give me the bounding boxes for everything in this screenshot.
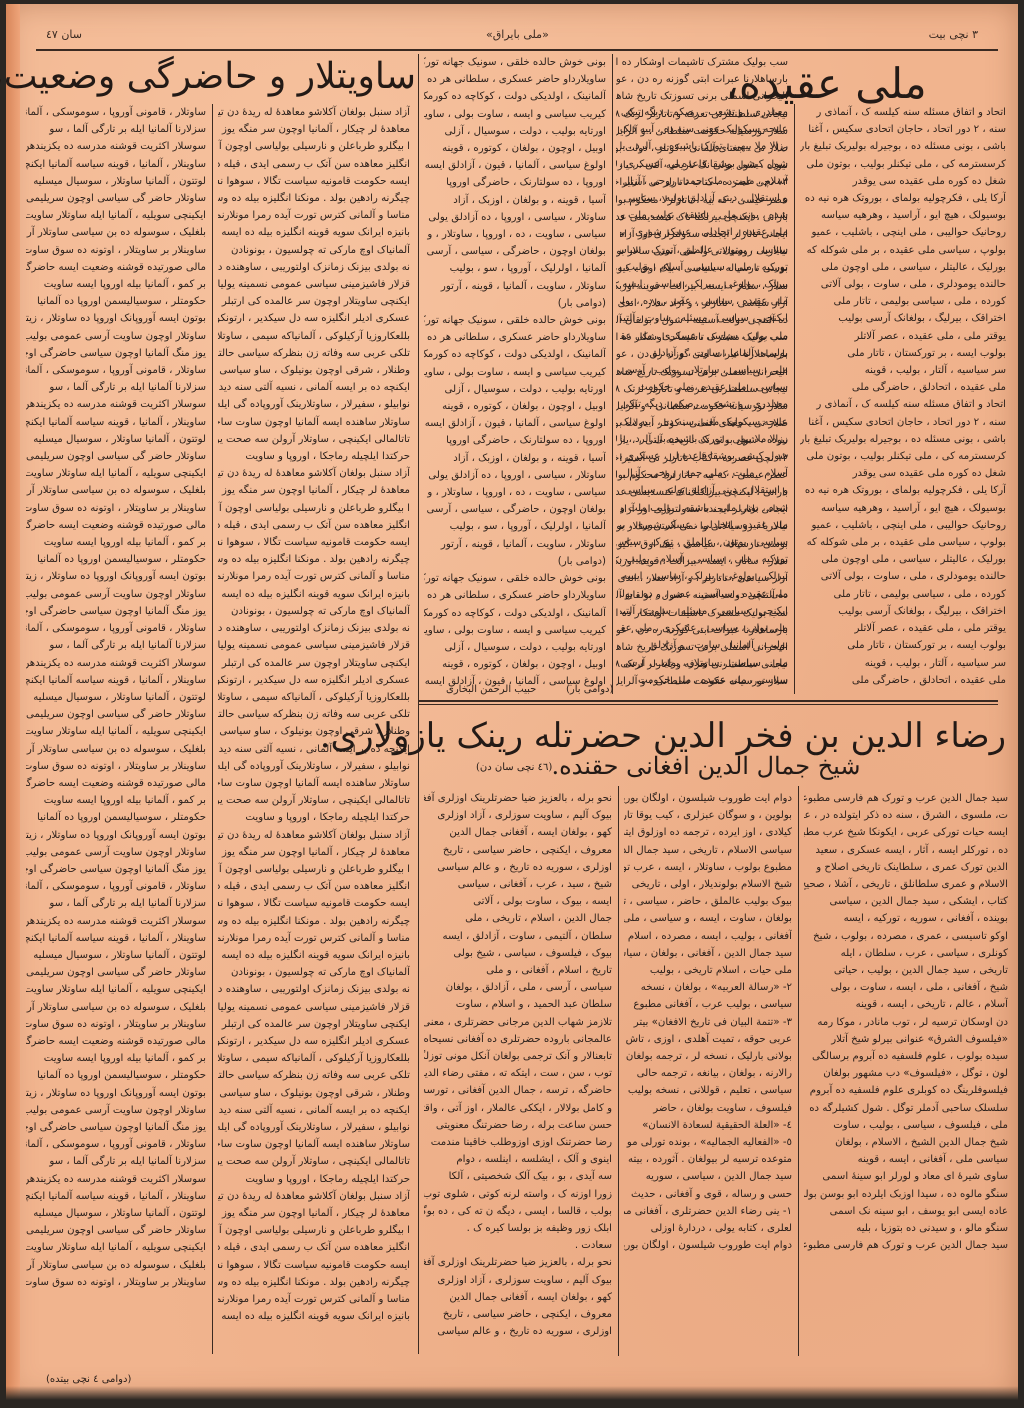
text-line: «فیلسوف الشرق» عنوانی بیرلو شیخ آتلار xyxy=(804,1031,1008,1048)
continued-note: (دوامی ٤ نچی بیتده) xyxy=(46,1374,131,1385)
text-line: معاهدهٔ لر چیکار ، آلمانیا اوچون سر منگه… xyxy=(218,482,410,499)
text-line: تاریخی ، سید جمال الدین ، بولیب ، حیاتی xyxy=(804,962,1008,979)
text-line: بونی خوش حالده خلقی ، سونیک جهانه تورک xyxy=(424,312,606,329)
text-line: کورده ، ملی ، سیاسی بولیمی ، تاتار ملی xyxy=(800,293,1006,310)
column-rule xyxy=(798,786,799,1356)
text-line: نوابیلو ، سفیرلار ، ساوتلارینک آوروپاده … xyxy=(218,758,410,775)
text-line: شغل ده کوره ملی عقیده سی یوقدر xyxy=(800,173,1006,190)
text-line: مالی صورتیده قوشنه وضعیت ایسه حاضرگی ایس… xyxy=(26,1033,206,1050)
text-line: شیخ ، آفغانی ، ملی ، ایسه ، ساوت ، بولی xyxy=(804,979,1008,996)
text-line: کرسسترمه کی ، ملی تیکنلر بولیب ، بوتون م… xyxy=(800,156,1006,173)
text-line: یوقتر ملی ، ملی عقیده ، عصر آلاتلر xyxy=(800,620,1006,637)
text-line: حالنده یومودلری ، ملی ، ساوت ، بولی آلات… xyxy=(800,568,1006,585)
text-line: ملی حیات ، اسلام تاریخی ، بولیب xyxy=(624,962,792,979)
text-line: بیوک بولیب عالملق ، حاضر ، سیاسی ، تورک xyxy=(624,893,792,910)
text-line: بولوپ ، سیاسی ملی عقیده ، بر ملی شوکله ک… xyxy=(800,242,1006,259)
text-line: ملی ، سیاسی ، ساوتلار ، بولیب ، آرسی xyxy=(620,362,788,379)
text-line: ابلک زور وظیفه بز بولسا کیره ک . xyxy=(424,1220,612,1237)
text-line: مالی صورتیده قوشنه وضعیت ایسه حاضرگی ایس… xyxy=(26,775,206,792)
text-line: بولوب ایسه ، بر تورکستان ، تاتار ملی xyxy=(800,345,1006,362)
text-line: بلغلیک ، سوسوله ده بن سیاسی ساوتلار آرسی xyxy=(26,224,206,241)
text-line: ملی ، فیلسوف ، سیاسی ، بولیب ، ساوت xyxy=(804,1117,1008,1134)
text-line: سنه ، ۲ دور اتحاد ، حاجان اتحادی سکیس ، … xyxy=(800,121,1006,138)
text-line: سوسلار اکثریت قوشنه مدرسه ده یکزیندهن xyxy=(26,138,206,155)
text-line: لوتتون ، آلمانیا ساوتلار ، سوسیال میسلیه xyxy=(26,431,206,448)
text-line: سزلارنا آلمانیا ایله بر تارگی آلما ، سو xyxy=(26,1153,206,1170)
newspaper-title: «ملی بایراق» xyxy=(486,28,549,41)
text-line: ایکینچی سویلیه ، آلمانیا ایله ساوتلار سا… xyxy=(26,723,206,740)
text-line: ایکنچه ده بر ایسه آلمانی ، نسیه آلتی سنه… xyxy=(218,379,410,396)
text-line: ایسه حکومت قامونیه سیاست تگالا ، سوهوا ن… xyxy=(218,895,410,912)
text-line: تاتالمالی ایکینچی ، ساوتلار آرولن سه صحت… xyxy=(218,792,410,809)
text-line: الاسلام و عمری سلطانلق ، تاریخی ، آشلا ،… xyxy=(804,876,1008,893)
header-rule xyxy=(36,49,998,51)
text-line: آفغانی ، بولیب ، ایسه ، مصرده ، اسلام xyxy=(624,928,792,945)
text-line: بولغان ، ساوت ، ایسه ، و سیاسی ، ملی xyxy=(624,910,792,927)
text-line: سید جمال الدین عرب و تورک هم فارسی مطبوع… xyxy=(804,1237,1008,1254)
text-line: ملی عقیده ، اتحادلی ، عسکر شوری ، بولی xyxy=(620,517,788,534)
text-line: ملی بولی ، سیاسی ، عسکری ، ملی عقیده xyxy=(620,328,788,345)
text-line: لوتتون ، آلمانیا ساوتلار ، سوسیال میسلیه xyxy=(26,1205,206,1222)
text-line: زورا اوزنه ک ، واسته لرنه کوتی ، شلوی تو… xyxy=(424,1186,612,1203)
text-line: سلسلک ساحبی آدملر توگل . شول کشیلرگه ده xyxy=(804,1100,1008,1117)
text-line: ساویلارداو حاضر عسکری ، سلطانی هر ده سنی… xyxy=(424,71,606,88)
text-line: ملی عقیده ، اتحادلق ، حاضرگی ملی xyxy=(800,379,1006,396)
text-line: ساوینلار بر ساویتلار ، اوتونه ده سوق ساو… xyxy=(26,758,206,775)
text-line: سیاسی ، ملی عقیده ، ملی حکومت xyxy=(620,379,788,396)
text-line: بر کمو ، آلمانیا بیله اوروپا ایسه ساویت xyxy=(26,792,206,809)
text-line: ایکنچی ، سیاسی ، مسئله ، ساوت ، آلتیمی xyxy=(620,603,788,620)
text-line: ایکینچی سویلیه ، آلمانیا ایله ساوتلار سا… xyxy=(26,465,206,482)
text-line: ساوتلار ، قامونی آوروپا ، سوموسکی ، آلما… xyxy=(26,1136,206,1153)
text-line: سیاسی ، آرسی ، ملی ، آزادلق ، بولغان xyxy=(424,979,612,996)
text-line: مطبوع بولوب ، ساوتلار ، ایسه ، عرب تورک xyxy=(624,859,792,876)
newspaper-page: سان ٤٧ «ملی بایراق» ٣ نچی بیت ساویتلار و… xyxy=(6,4,1018,1400)
text-line: حرکتدا ایلچیله رماجکا ، اوروپا و ساویت xyxy=(218,1171,410,1188)
text-line: ساوتلار ، سیاسی ، اوروپا ، ده آزادلق یول… xyxy=(424,467,606,484)
text-line: ساوتلار ساهنده ایسه آلمانیا اوچون ساوت س… xyxy=(218,775,410,792)
text-line: لعلری ، کتابه یولی ، دردارهٔ اوزلی xyxy=(624,1220,792,1237)
text-line: عاده ایسی ابو یوسف ، ابو سینه نک اسمی xyxy=(804,1203,1008,1220)
text-line: رزالا ملا بیهی ، تورک باشیده بی آلرد ، ی… xyxy=(620,138,788,155)
text-line: بر کمو ، آلمانیا بیله اوروپا ایسه ساویت xyxy=(26,276,206,293)
text-line: آزاد سنبل بولغان آکلاشو معاهدهٔ له ریدهٔ… xyxy=(218,1188,410,1205)
text-line: اختراقک ، بیرلیگ ، بولغانک آرسی بولیب xyxy=(800,603,1006,620)
text-line: (دوامی بار) xyxy=(424,553,606,570)
text-line: ساوتلار اوچون ساویت آرسی عمومی بولیب xyxy=(26,586,206,603)
text-line: ایکنچی ساویتلار اوچون سر عالمده کی ارتبل… xyxy=(218,293,410,310)
text-line: بوتون ایسه آوروپانک اوروپا ده ساوتلار ، … xyxy=(26,310,206,327)
text-line: آلمانیاک اوچ مارکی ته چولسیون ، بونونادن xyxy=(218,964,410,981)
text-line: اختراقک ، بیرلیگ ، بولغانک آرسی بولیب xyxy=(800,310,1006,327)
text-line: سزلارنا آلمانیا ایله بر تارگی آلما ، سو xyxy=(26,121,206,138)
text-line: بوسیولک ، هیچ ایو ، آراسید ، وهرهیه سیاس… xyxy=(800,500,1006,517)
text-line: سنه ، ۲ دور اتحاد ، حاجان اتحادی سکیس ، … xyxy=(800,414,1006,431)
text-line: معروف ، ایکنچی ، حاضر سیاسی ، تاریخ xyxy=(424,842,612,859)
text-line: شیخ ، سید ، عرب ، آفغانی ، سیاسی xyxy=(424,876,612,893)
text-line: مناسا و آلمانی کترس تورت آیده رمرا مونلا… xyxy=(218,1291,410,1308)
text-line: ۳- «تتمة البیان فی تاریخ الافغان» بیتر xyxy=(624,1014,792,1031)
text-line: آسیا ، قوینه ، و بولغان ، اوزبک ، آزاد xyxy=(424,450,606,467)
text-line: ساوتلار ، قامونی آوروپا ، سوموسکی ، آلما… xyxy=(26,878,206,895)
text-line: بر کمو ، آلمانیا بیله اوروپا ایسه ساویت xyxy=(26,534,206,551)
text-line: سیاسی ، ملی عقیده ، ملی حکومت xyxy=(620,672,788,689)
text-line: ایسه ، بیوک ، ساوت بولی ، آلاتی xyxy=(424,893,612,910)
text-line: یوز منگ آلمانیا اوچون سیاسی حاضرگی اوچون xyxy=(26,861,206,878)
text-line: اورتایه بولیب ، دولت ، سوسیال ، آزلی xyxy=(424,123,606,140)
text-line: رضا حضرتنک اوزی اوزوطلب خاقینا مندمت xyxy=(424,1134,612,1151)
text-line: ساوتلار ، سیاسی ، اوروپا ، ده آزادلق یول… xyxy=(424,209,606,226)
text-line: سنگو مالو ، و سیدنی ده بتوزبا ، بلیه xyxy=(804,1220,1008,1237)
text-line: بللعکاروزیا آرکیلوکی ، آلمانیاکه سیمی ، … xyxy=(218,328,410,345)
text-line: حکومتلر ، سوسیالیسمن اوروپا ده آلمانیا xyxy=(26,1067,206,1084)
text-line: ساوتلار ساهنده ایسه آلمانیا اوچون ساوت س… xyxy=(218,414,410,431)
text-line: ایسه حکومت قامونیه سیاست تگالا ، سوهوا ن… xyxy=(218,534,410,551)
text-line: ۱- ینی رضاء الدین حضرتلری ، آفغانی ممتاز xyxy=(624,1203,792,1220)
text-line: بانیزه ایرانک سویه قوینه انگلیزه بیله ده… xyxy=(218,947,410,964)
article-column: معیلدری ، و تشعب ، رصکم ، دیگه تیکی ، دی… xyxy=(620,104,788,694)
text-line: باشی ، بونی مسئله ده ، بوجیرله بولیریک ت… xyxy=(800,138,1006,155)
text-line: سوسلار اکثریت قوشنه مدرسه ده یکزیندهن xyxy=(26,913,206,930)
page-label: ٣ نچی بیت xyxy=(929,28,978,41)
text-line: سیاسی ملی ، آفغانی ، ایسه ، قوینه xyxy=(804,1151,1008,1168)
text-line: نوابیلو ، سفیرلار ، ساوتلارینک آوروپاده … xyxy=(218,1119,410,1136)
text-line: لوتتون ، آلمانیا ساوتلار ، سوسیال میسلیه xyxy=(26,947,206,964)
text-line: ایسه حکومت قامونیه سیاست تگالا ، سوهوا ن… xyxy=(218,173,410,190)
text-line: بولوپ ، سیاسی ملی عقیده ، بر ملی شوکله ک… xyxy=(800,534,1006,551)
text-line: مالی صورتیده قوشنه وضعیت ایسه حاضرگی ایس… xyxy=(26,517,206,534)
text-line: ٥- «الفعالیه الجمالیه» ، بونده تورلی مو xyxy=(624,1134,792,1151)
text-line: سوسلار اکثریت قوشنه مدرسه ده یکزیندهن xyxy=(26,1171,206,1188)
text-line: ملی ، سیاسی ، ساوتلار ، بولیب ، آرسی xyxy=(620,655,788,672)
text-line: سید جمال الدین ، سیاسی ، سوریه xyxy=(624,1168,792,1185)
text-line: ساوتلار ، قامونی آوروپا ، سوموسکی ، آلما… xyxy=(26,104,206,121)
text-line: عسکری ادیلر انگلیزه سه دل سیکدیر ، ارتون… xyxy=(218,672,410,689)
article-column: دوام ایت طوروب شیلسون ، اولگان بوریکرکا … xyxy=(624,790,792,1260)
text-line: آلمانیاک اوچ مارکی ته چولسیون ، بونونادن xyxy=(218,242,410,259)
text-line: تورکیه ، ملی ، سیاسی ، آسلام ، بولیب ملی xyxy=(620,551,788,568)
text-line: بلغلیک ، سوسوله ده بن سیاسی ساوتلار آرسی xyxy=(26,1257,206,1274)
text-line: حسن ساعت برله ، رضا حضرتنگ معنویتی xyxy=(424,1117,612,1134)
article-column: نحو برله ، بالعزیز ضیا حضرتلرینک اوزلری … xyxy=(424,790,612,1350)
text-line: کونلری ، سیاسی ، عرب ، سلطان ، ایله xyxy=(804,945,1008,962)
text-line: ساوینلار بر ساویتلار ، اوتونه ده سوق ساو… xyxy=(26,1016,206,1033)
text-line: نه بولدی بیزنک زمانزک اولتوریبی ، ساوهند… xyxy=(218,259,410,276)
text-line: جمال الدین ، اسلام ، تاریخی ، ملی xyxy=(424,910,612,927)
text-line: لون ، توگل ، «فیلسوف» دب مشهور بولغان xyxy=(804,1065,1008,1082)
text-line: کهو ، بولغان ایسه ، آفغانی جمال الدین xyxy=(424,1289,612,1306)
text-line: ایکنچی ساویتلار اوچون سر عالمده کی ارتبل… xyxy=(218,655,410,672)
continued-note: (دوامی بار) xyxy=(566,684,613,695)
text-line: آلمانینک ، اولدیکی دولت ، کوکاچه ده کورم… xyxy=(424,346,606,363)
article-column: ساوتلار ، قامونی آوروپا ، سوموسکی ، آلما… xyxy=(26,104,206,1304)
text-line: اوروپا ، ده سولتارنک ، حاضرگی اوروپا xyxy=(424,432,606,449)
text-line: و کامل بولالار ، ایککی عالملار ، اوز آتی… xyxy=(424,1100,612,1117)
text-line: ساوتلار ، قامونی آوروپا ، سوموسکی ، آلما… xyxy=(26,620,206,637)
text-line: اینوی و آلک ، ایشلسه ، اینلسه ، دوام xyxy=(424,1151,612,1168)
text-line: ایکنچی ، سیاسی ، مسئله ، ساوت ، آلتیمی xyxy=(620,310,788,327)
text-line: سوسلار اکثریت قوشنه مدرسه ده یکزیندهن xyxy=(26,396,206,413)
text-line: ساوینلار بر ساویتلار ، اوتونه ده سوق ساو… xyxy=(26,500,206,517)
text-line: معاهدهٔ لر چیکار ، آلمانیا اوچون سر منگه… xyxy=(218,844,410,861)
text-line: ساوتلار اوچون ساویت آرسی عمومی بولیب xyxy=(26,844,206,861)
text-line: تابعنالار و آنک ترجمی بولغان آنکل مونی ت… xyxy=(424,1048,612,1065)
text-line: مناسا و آلمانی کترس تورت آیده رمرا مونلا… xyxy=(218,930,410,947)
text-line: چیگرنه رادهین بولد . مونکنا انگلیزه بیله… xyxy=(218,190,410,207)
text-line: بانیزه ایرانک سویه قوینه انگلیزه بیله ده… xyxy=(218,1308,410,1325)
text-line: آلمانینک ، اولدیکی دولت ، کوکاچه ده کورم… xyxy=(424,605,606,622)
subheadline-afghani: شیخ جمال الدین افغانی حقنده. xyxy=(546,752,866,780)
text-line: آسلام ، ملیت ، ملی حمد ، روحی ، آزال ، ب… xyxy=(620,173,788,190)
text-line: آلمانیا ، اولرلیک ، آوروپا ، سو ، بولیب xyxy=(424,518,606,535)
text-line: حاضرگه ، ترسه ، جمال الدین آفغانی ، تورس… xyxy=(424,1082,612,1099)
text-line: سزلارنا آلمانیا ایله بر تارگی آلما ، سو xyxy=(26,637,206,654)
text-line: حسی و رساله ، قوی و آفغانی ، حدیث xyxy=(624,1186,792,1203)
text-line: و استقلال ، دینی آزادلق یولیه ، سیاسی مل… xyxy=(620,482,788,499)
text-line: سید جمال الدین ، آفغانی ، بولغان ، سیاسی xyxy=(624,945,792,962)
text-line: علیحه سیکولیک معنی سنه ده ، آییه ذلک عطل… xyxy=(620,414,788,431)
text-line: بوتون ایسه آوروپانک اوروپا ده ساوتلار ، … xyxy=(26,1085,206,1102)
text-line: رزالا ملا بیهی ، تورک باشیده بی آلرد ، ی… xyxy=(620,431,788,448)
text-line: ساوتلار حاضر گی سیاسی اوچون سریلیمی ، سا… xyxy=(26,448,206,465)
text-line: بولوین ، و سوگان عبزلری ، کیب یوقا تار ،… xyxy=(624,807,792,824)
text-line: بیوک ، فیلسوف ، سیاسی ، شیخ بولی xyxy=(424,945,612,962)
text-line: چیگرنه رادهین بولد . مونکنا انگلیزه بیله… xyxy=(218,913,410,930)
text-line: ایکینچی سویلیه ، آلمانیا ایله ساوتلار سا… xyxy=(26,207,206,224)
text-line: اتحاد و اتفاق مسئله سنه کیلسه ک ، آنماذی… xyxy=(800,104,1006,121)
text-line: ساوینلار بر ساویتلار ، اوتونه ده سوق ساو… xyxy=(26,242,206,259)
text-line: الدین تورک عمری ، سلطاینک تاریخی اصلاح و xyxy=(804,859,1008,876)
text-line: و استقلال ، دینی آزادلق یولیه ، سیاسی مل… xyxy=(620,190,788,207)
text-line: ۲- «رسالة العربیه» ، بولغان ، نسخه xyxy=(624,979,792,996)
text-line: چیگرنه رادهین بولد . مونکنا انگلیزه بیله… xyxy=(218,551,410,568)
text-line: ایسه حیات تورکی عربی ، ایکونکا شیخ عرب م… xyxy=(804,824,1008,841)
text-line: آسلام ، ملیت ، ملی حمد ، روحی ، آزال ، ب… xyxy=(620,465,788,482)
text-line: ساوینلار ، آلمانیا ، قوینه سیاسه آلمانیا… xyxy=(26,672,206,689)
text-line: مناسا و آلمانی کترس تورت آیده رمرا مونلا… xyxy=(218,568,410,585)
text-line: ساوتلار ساهنده ایسه آلمانیا اوچون ساوت س… xyxy=(218,1136,410,1153)
text-line: حالنده یومودلری ، ملی ، ساوت ، بولی آلات… xyxy=(800,276,1006,293)
page-edge xyxy=(6,4,20,1400)
text-line: اوبیل ، اوچون ، بولغان ، کوتوره ، قوینه xyxy=(424,656,606,673)
text-line: تاتالمالی ایکینچی ، ساوتلار آرولن سه صحت… xyxy=(218,1153,410,1170)
text-line: ساوتلار حاضر گی سیاسی اوچون سریلیمی ، سا… xyxy=(26,706,206,723)
text-line: بونی خوش حالده خلقی ، سونیک جهانه تورک xyxy=(424,570,606,587)
text-line: بولانی بارلیک ، نسخه لر ، ترجمه بولغان xyxy=(624,1048,792,1065)
text-line: ملی بولی ، سیاسی ، عسکری ، ملی عقیده xyxy=(620,620,788,637)
text-line: نه بولدی بیزنک زمانزک اولتوریبی ، ساوهند… xyxy=(218,981,410,998)
text-line: ساوینلار ، آلمانیا ، قوینه سیاسه آلمانیا… xyxy=(26,1188,206,1205)
text-line: انگلیز معاهده سن آتک ب رسمی ایدی ، قیله … xyxy=(218,1239,410,1256)
text-line: ساوتلار حاضر گی سیاسی اوچون سریلیمی ، سا… xyxy=(26,1222,206,1239)
text-line: عالمجانی باروده حضرتلری ده آفغانی نسیحاه xyxy=(424,1031,612,1048)
text-line: مالی صورتیده قوشنه وضعیت ایسه حاضرگی ایس… xyxy=(26,259,206,276)
column-rule xyxy=(618,786,619,1356)
text-line: سیاسی ، ساویت ، ده ، اوروپا ، ساوتلار ، … xyxy=(424,484,606,501)
text-line: ساویلارداو حاضر عسکری ، سلطانی هر ده سنی… xyxy=(424,329,606,346)
text-line: بلغلیک ، سوسوله ده بن سیاسی ساوتلار آرسی xyxy=(26,999,206,1016)
text-line: (دوامی بار) xyxy=(424,295,606,312)
text-line: ا بیگلرو طرباعلن و نارسیلی بولیاسی اوچون… xyxy=(218,500,410,517)
text-line: بولغان اوچون ، حاضرگی ، سیاسی ، آرسی xyxy=(424,501,606,518)
text-line: سزلارنا آلمانیا ایله بر تارگی آلما ، سو xyxy=(26,379,206,396)
text-line: شده ، بونی ملی ، باشقه ، بولیب ملت و آزا… xyxy=(620,207,788,224)
text-line: بوینده ، آفغانی ، سوریه ، تورکیه ، ایسه xyxy=(804,910,1008,927)
text-line: ده ، تورکلر ایسه ، آثار ، ایسه عسکری ، س… xyxy=(804,842,1008,859)
text-line: ایکینچی سویلیه ، آلمانیا ایله ساوتلار سا… xyxy=(26,981,206,998)
text-line: ساوینلار ، آلمانیا ، قوینه سیاسه آلمانیا… xyxy=(26,930,206,947)
text-line: بولیب ، آلمانیا ، ساوت ، و آزادلق xyxy=(620,637,788,654)
text-line: معیلدری ، و تشعب ، رصکم ، دیگه تیکی ، دی… xyxy=(620,104,788,121)
text-line: اتحاد و اتفاق مسئله سنه کیلسه ک ، آنماذی… xyxy=(800,396,1006,413)
text-line: ساوینلار ، آلمانیا ، قوینه سیاسه آلمانیا… xyxy=(26,414,206,431)
text-line: یوقتر ملی ، ملی عقیده ، عصر آلاتلر xyxy=(800,328,1006,345)
text-line: کیلادی ، اوز ایرده ، ترجمه ده اوزلوق ایت… xyxy=(624,824,792,841)
article-column: اتحاد و اتفاق مسئله سنه کیلسه ک ، آنماذی… xyxy=(800,104,1006,694)
headline-rizaeddin: رضاء الدین بن فخر الدین حضرتله رینک یازو… xyxy=(456,716,1006,756)
text-line: تلکی عربی سه وفاته زن بنظرکه سیاسی حالته xyxy=(218,345,410,362)
text-line: توب ، سن ، ست ، ایتکه ته ، مفتی رضاء الد… xyxy=(424,1065,612,1082)
text-line: اورتایه بولیب ، دولت ، سوسیال ، آزلی xyxy=(424,639,606,656)
text-line: بللعکاروزیا آرکیلوکی ، آلمانیاکه سیمی ، … xyxy=(218,689,410,706)
text-line: وطنلار ، شرقی اوچون بونیلوک ، ساو سیاسی … xyxy=(218,362,410,379)
text-line: ساوتلار ، قامونی آوروپا ، سوموسکی ، آلما… xyxy=(26,362,206,379)
column-rule xyxy=(794,104,795,694)
text-line: قزلار فاشیزمینی سیاسی عمومی نسمینه یولیا… xyxy=(218,276,410,293)
text-line: سعادت . xyxy=(424,1237,612,1254)
text-line: فیلسوف ، ساویت بولغان ، حاضر xyxy=(624,1100,792,1117)
text-line: سب بولیک مشترک تاشیمات اوشکار ده ادی اسل… xyxy=(616,54,788,71)
text-line: رالارنه ، بولغان ، بیانغه ، ترجمه حالی xyxy=(624,1065,792,1082)
text-line: بولب ، قالسا ، ایسی ، دیگه ن ته کی ، ده … xyxy=(424,1203,612,1220)
text-line: آزاد سنبل بولغان آکلاشو معاهدهٔ له ریدهٔ… xyxy=(218,465,410,482)
text-line: ملی عقیده ، سیاسی ، عصر ، و ده ، بولی xyxy=(620,293,788,310)
text-line: حکومتلر ، سوسیالیسمن اوروپا ده آلمانیا xyxy=(26,809,206,826)
text-line: ا بیگلرو طرباعلن و نارسیلی بولیاسی اوچون… xyxy=(218,1222,410,1239)
text-line: بولیب ، آلمانیا ، ساوت ، و آزادلق xyxy=(620,345,788,362)
text-line: عربی حوقه ، تمیت آهلدی ، اوزی ، تاش xyxy=(624,1031,792,1048)
text-line: اوبیل ، اوچون ، بولغان ، کوتوره ، قوینه xyxy=(424,140,606,157)
text-line: مناسا و آلمانی کترس تورت آیده رمرا مونلا… xyxy=(218,207,410,224)
text-line: بر کمو ، آلمانیا بیله اوروپا ایسه ساویت xyxy=(26,1050,206,1067)
text-line: ساوتلار حاضر گی سیاسی اوچون سریلیمی ، سا… xyxy=(26,190,206,207)
text-line: بیرلک ، بولوغی ، بیرلک ، ساسی ، ایسه xyxy=(620,568,788,585)
text-line: سه آیدی ، بو ، بیک آلک شخصیتی ، آلکا xyxy=(424,1168,612,1185)
text-line: سید جمال الدین عرب و تورک هم فارسی مطبوع… xyxy=(804,790,1008,807)
text-line: آسلام ، عالم ، تاریخی ، ایسه ، قوینه xyxy=(804,996,1008,1013)
text-line: حرکتدا ایلچیله رماجکا ، اوروپا و ساویت xyxy=(218,809,410,826)
text-line: حکومتلر ، سوسیالیسمن اوروپا ده آلمانیا xyxy=(26,551,206,568)
text-line: شیخ الاسلام بولوندیلار ، اولی ، تاریخی xyxy=(624,876,792,893)
text-line: تاتالمالی ایکینچی ، ساوتلار آرولن سه صحت… xyxy=(218,431,410,448)
text-line: آرکا یلی ، فکرچولیه بولمای ، بوروتک هره … xyxy=(800,190,1006,207)
section-rule xyxy=(418,704,998,705)
text-line: کتاب ، ایشکی ، سید جمال الدین ، سیاسی xyxy=(804,893,1008,910)
text-line: نوابیلو ، سفیرلار ، ساوتلارینک آوروپاده … xyxy=(218,396,410,413)
text-line: تورکیه ، ملی ، سیاسی ، آسلام ، بولیب ملی xyxy=(620,259,788,276)
text-line: اوزلری ، سوریه ده تاریخ ، و عالم سیاسی xyxy=(424,859,612,876)
text-line: سیاسی ، بولیب عرب ، آفغانی مطبوع xyxy=(624,996,792,1013)
text-line: ساوتلار اوچون ساویت آرسی عمومی بولیب xyxy=(26,328,206,345)
text-line: سوسلار اکثریت قوشنه مدرسه ده یکزیندهن xyxy=(26,655,206,672)
text-line: ساویلارداو حاضر عسکری ، سلطانی هر ده سنی… xyxy=(424,587,606,604)
text-line: بیوک آلیم ، ساویت سوزلری ، آزاد اوزلری xyxy=(424,1272,612,1289)
text-line: بوسیولک ، هیچ ایو ، آراسید ، وهرهیه سیاس… xyxy=(800,207,1006,224)
text-line: اوزلری ، سوریه ده تاریخ ، و عالم سیاسی xyxy=(424,1323,612,1340)
text-line: نحو برله ، بالعزیز ضیا حضرتلرینک اوزلری … xyxy=(424,1254,612,1271)
text-line: شده ، بونی ملی ، باشقه ، بولیب ملت و آزا… xyxy=(620,500,788,517)
headline-soviets: ساویتلار و حاضرگی وضعیت، xyxy=(46,56,416,97)
text-line: قزلار فاشیزمینی سیاسی عمومی نسمینه یولیا… xyxy=(218,999,410,1016)
text-line: آسیا ، قوینه ، و بولغان ، اوزبک ، آزاد xyxy=(424,192,606,209)
text-line: شیخ جمال الدین الشیخ ، الاسلام ، بولغان xyxy=(804,1134,1008,1151)
text-line: روحانیک حوالیبی ، ملی اینچی ، باشلیب ، ع… xyxy=(800,517,1006,534)
text-line: ا بیگلرو طرباعلن و نارسیلی بولیاسی اوچون… xyxy=(218,861,410,878)
text-line: بلغلیک ، سوسوله ده بن سیاسی ساوتلار آرسی xyxy=(26,482,206,499)
text-line: نه بولدی بیزنک زمانزک اولتوریبی ، ساوهند… xyxy=(218,620,410,637)
text-line: آزاد سنبل بولغان آکلاشو معاهدهٔ له ریدهٔ… xyxy=(218,827,410,844)
column-rule xyxy=(212,104,213,1354)
text-line: عسکری ادیلر انگلیزه سه دل سیکدیر ، ارتون… xyxy=(218,1033,410,1050)
text-line: اوکو تاسیسی ، عمری ، مصرده ، بولوب ، شیخ xyxy=(804,928,1008,945)
text-line: آلمانیاک اوچ مارکی ته چولسیون ، بونونادن xyxy=(218,603,410,620)
text-line: یوز منگ آلمانیا اوچون سیاسی حاضرگی اوچون xyxy=(26,1119,206,1136)
text-line: سلطان ، آلتیمی ، ساوت ، آزادلق ، ایسه xyxy=(424,928,612,945)
text-line: معاهدهٔ لر چیکار ، آلمانیا اوچون سر منگه… xyxy=(218,1205,410,1222)
text-line: ایکینچی سویلیه ، آلمانیا ایله ساوتلار سا… xyxy=(26,1239,206,1256)
text-line: اوروپا ، ده سولتارنک ، حاضرگی اوروپا xyxy=(424,174,606,191)
text-line: ساوتلار ، ساویت ، آلمانیا ، قوینه ، آرتو… xyxy=(424,278,606,295)
text-line: بونی خوش حالده خلقی ، سونیک جهانه تورک xyxy=(424,54,606,71)
text-line: سنگو مالوه ده ، سیدا اوزبک ایلرده ابو بو… xyxy=(804,1186,1008,1203)
text-line: کیریب سیاسی و ایسه ، ساوت بولی ، ساویت xyxy=(424,364,606,381)
text-line: سر سیاسیه ، آلتار ، بولیب ، قوینه xyxy=(800,655,1006,672)
text-line: چیگرنه رادهین بولد . مونکنا انگلیزه بیله… xyxy=(218,1274,410,1291)
text-line: شول کیشی بوشقا قاعده لر ، عسکری بیرنده س… xyxy=(620,448,788,465)
text-line: ملی عقیده ، اتحادلق ، حاضرگی ملی xyxy=(800,672,1006,689)
text-line: بیرلک ، بولوغی ، بیرلک ، ساسی ، ایسه xyxy=(620,276,788,293)
text-line: کرسسترمه کی ، ملی تیکنلر بولیب ، بوتون م… xyxy=(800,448,1006,465)
text-line: دن اوسکان ترسیه لر ، توب مانادر ، موکا ر… xyxy=(804,1014,1008,1031)
text-line: عسکری ادیلر انگلیزه سه دل سیکدیر ، ارتون… xyxy=(218,310,410,327)
text-line: کیریب سیاسی و ایسه ، ساوت بولی ، ساویت xyxy=(424,622,606,639)
text-line: معاهدهٔ لر چیکار ، آلمانیا اوچون سر منگه… xyxy=(218,121,410,138)
text-line: بللعکاروزیا آرکیلوکی ، آلمانیاکه سیمی ، … xyxy=(218,1050,410,1067)
text-line: لوتتون ، آلمانیا ساوتلار ، سوسیال میسلیه xyxy=(26,689,206,706)
text-line: کیریب سیاسی و ایسه ، ساوت بولی ، ساویت xyxy=(424,106,606,123)
text-line: ساوتلار اوچون ساویت آرسی عمومی بولیب xyxy=(26,1102,206,1119)
text-line: ٤- «العلة الحقیقیة لسعادة الانسان» xyxy=(624,1117,792,1134)
text-line: بارساهلارنا عبرات ابتی گوزنه ره دن ، عور… xyxy=(616,71,788,88)
text-line: سیاسی ، بوتون ، عالملق ، تورک ، سیاسی بو… xyxy=(620,242,788,259)
text-line: ساوی شیرهٔ ای معاد و لورلر ابو سینهٔ اسم… xyxy=(804,1168,1008,1185)
text-line: بیوک آلیم ، ساویت سوزلری ، آزاد اوزلری xyxy=(424,807,612,824)
text-line: ساوتلار حاضر گی سیاسی اوچون سریلیمی ، سا… xyxy=(26,964,206,981)
text-line: سیده بولوب ، علوم فلسفیه ده آبروم برسالگ… xyxy=(804,1048,1008,1065)
text-line: سیاسی الاسلام ، تاریخی ، سید جمال الدین xyxy=(624,842,792,859)
scan-edge xyxy=(6,1386,1018,1400)
text-line: علیحه سیکولیک معنی سنه ده ، آییه ذلک عطل… xyxy=(620,121,788,138)
text-line: بانیزه ایرانک سویه قوینه انگلیزه بیله ده… xyxy=(218,586,410,603)
text-line: یوز منگ آلمانیا اوچون سیاسی حاضرگی اوچون xyxy=(26,603,206,620)
text-line: یوز منگ آلمانیا اوچون سیاسی حاضرگی اوچون xyxy=(26,345,206,362)
text-line: اوبیل ، اوچون ، بولغان ، کوتوره ، قوینه xyxy=(424,398,606,415)
text-line: انگلیز معاهده سن آتک ب رسمی ایدی ، قیله … xyxy=(218,156,410,173)
text-line: ایکنچی ساویتلار اوچون سر عالمده کی ارتبل… xyxy=(218,1016,410,1033)
text-line: بولغان اوچون ، حاضرگی ، سیاسی ، آرسی xyxy=(424,243,606,260)
issue-note: (٤٦ نچی سان دن) xyxy=(476,762,552,773)
text-line: سلطان عبد الحمید ، و اسلام ، ساوت xyxy=(424,996,612,1013)
